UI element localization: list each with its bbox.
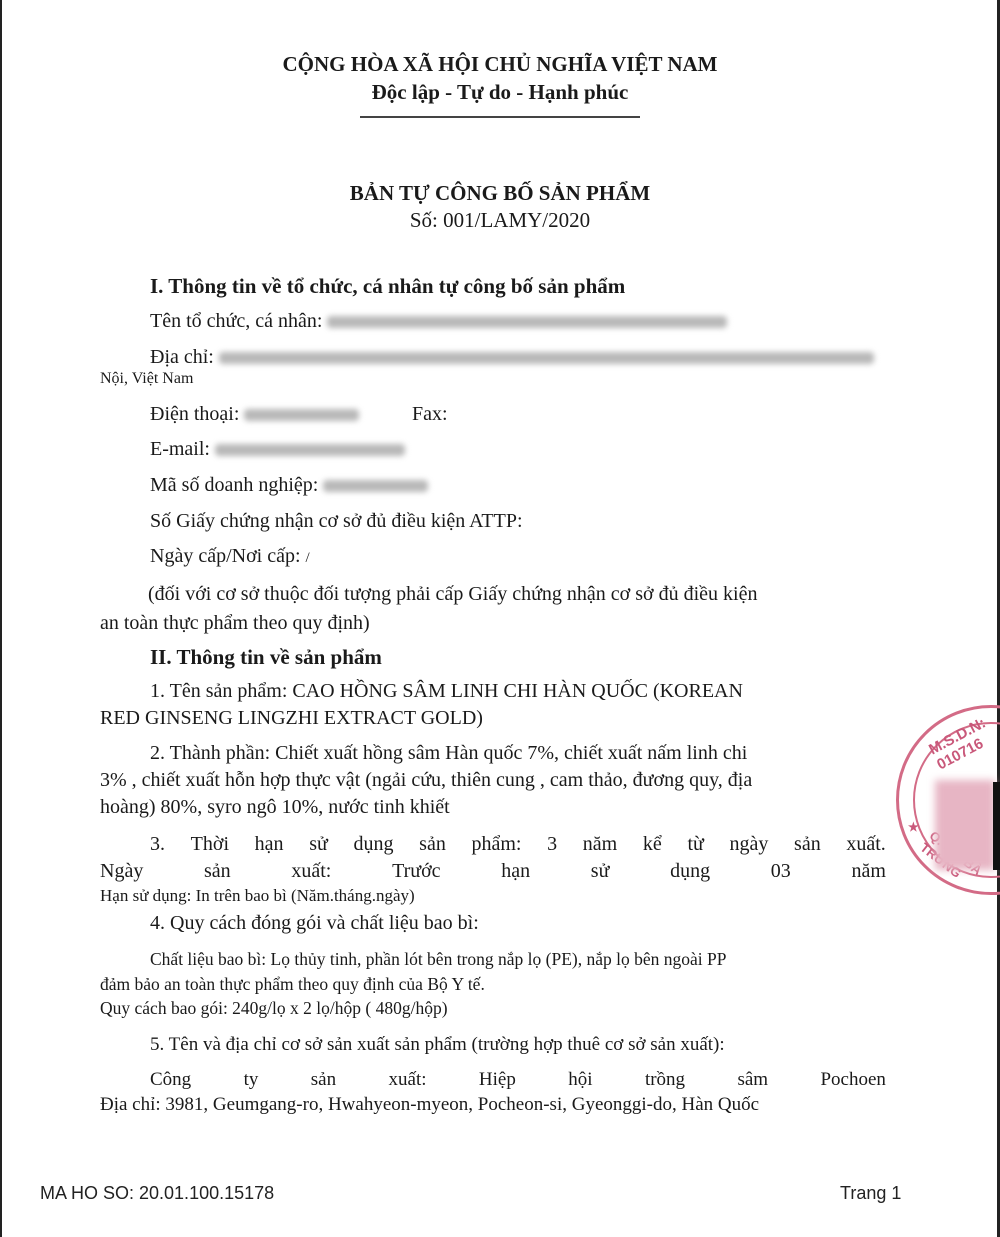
food-safety-cert-label: Số Giấy chứng nhận cơ sở đủ điều kiện AT… — [150, 510, 523, 533]
page-number: Trang 1 — [840, 1183, 901, 1204]
address-redacted — [219, 352, 874, 364]
ingredients-line-1: 2. Thành phần: Chiết xuất hồng sâm Hàn q… — [150, 742, 747, 765]
motto: Độc lập - Tự do - Hạnh phúc — [0, 80, 1000, 105]
word: năm — [851, 860, 885, 883]
word: sử — [591, 860, 610, 883]
section-1-heading: I. Thông tin về tổ chức, cá nhân tự công… — [150, 274, 625, 299]
business-code-row: Mã số doanh nghiệp: — [150, 474, 428, 497]
word: trồng — [645, 1069, 685, 1091]
word: sản — [311, 1069, 336, 1091]
note-line-2: an toàn thực phẩm theo quy định) — [100, 612, 370, 635]
word: 3. — [150, 833, 165, 856]
word: hạn — [501, 860, 530, 883]
product-name-line-1: 1. Tên sản phẩm: CAO HỒNG SÂM LINH CHI H… — [150, 680, 743, 703]
shelf-life-line-1: 3.Thờihạnsửdụngsảnphẩm:3nămkểtừngàysảnxu… — [150, 833, 886, 856]
packaging-spec-line: Quy cách bao gói: 240g/lọ x 2 lọ/hộp ( 4… — [100, 998, 448, 1019]
word: kể — [643, 833, 662, 856]
word: hội — [568, 1069, 592, 1091]
business-code-label: Mã số doanh nghiệp: — [150, 474, 318, 496]
word: ngày — [730, 833, 769, 856]
note-line-1: (đối với cơ sở thuộc đối tượng phải cấp … — [148, 583, 757, 606]
word: xuất: — [389, 1069, 427, 1091]
word: hạn — [255, 833, 284, 856]
word: dụng — [670, 860, 710, 883]
header-divider — [360, 116, 640, 118]
word: 3 — [547, 833, 557, 856]
address-continuation: Nội, Việt Nam — [100, 370, 193, 388]
word: sản — [794, 833, 821, 856]
section-2-heading: II. Thông tin về sản phẩm — [150, 645, 382, 670]
issue-value: / — [306, 550, 310, 566]
phone-row: Điện thoại: — [150, 403, 359, 426]
document-number: Số: 001/LAMY/2020 — [0, 208, 1000, 233]
word: Ngày — [100, 860, 143, 883]
word: phẩm: — [471, 833, 521, 856]
word: dụng — [354, 833, 394, 856]
email-row: E-mail: — [150, 438, 405, 461]
manufacturer-heading: 5. Tên và địa chỉ cơ sở sản xuất sản phẩ… — [150, 1034, 725, 1056]
packaging-material-line-1: Chất liệu bao bì: Lọ thủy tinh, phần lót… — [150, 949, 726, 970]
word: năm — [583, 833, 617, 856]
word: Thời — [191, 833, 229, 856]
word: Trước — [392, 860, 440, 883]
packaging-heading: 4. Quy cách đóng gói và chất liệu bao bì… — [150, 912, 479, 935]
phone-redacted — [244, 409, 359, 421]
fax-label: Fax: — [412, 403, 448, 426]
word: ty — [244, 1069, 259, 1091]
word: sử — [309, 833, 328, 856]
email-label: E-mail: — [150, 438, 210, 460]
issue-label: Ngày cấp/Nơi cấp: — [150, 545, 301, 567]
stamp-center-redacted — [935, 780, 995, 870]
org-name-label: Tên tổ chức, cá nhân: — [150, 310, 322, 332]
address-label: Địa chỉ: — [150, 346, 214, 368]
stamp-star-icon: ★ — [908, 820, 919, 834]
issue-row: Ngày cấp/Nơi cấp: / — [150, 545, 310, 568]
word: từ — [687, 833, 703, 856]
business-code-redacted — [323, 480, 428, 492]
word: xuất. — [846, 833, 885, 856]
expiry-line: Hạn sử dụng: In trên bao bì (Năm.tháng.n… — [100, 886, 415, 906]
word: sâm — [737, 1069, 768, 1091]
country-heading: CỘNG HÒA XÃ HỘI CHỦ NGHĨA VIỆT NAM — [0, 52, 1000, 77]
ingredients-line-2: 3% , chiết xuất hỗn hợp thực vật (ngải c… — [100, 769, 752, 792]
word: Hiệp — [479, 1069, 516, 1091]
manufacturer-name-line: Côngtysảnxuất:HiệphộitrồngsâmPochoen — [150, 1069, 886, 1091]
word: Pochoen — [820, 1069, 885, 1091]
address-row: Địa chỉ: — [150, 346, 874, 369]
word: 03 — [771, 860, 791, 883]
redaction-bar — [993, 782, 1000, 870]
packaging-material-line-2: đảm bảo an toàn thực phẩm theo quy định … — [100, 974, 485, 995]
word: sản — [419, 833, 446, 856]
org-name-row: Tên tổ chức, cá nhân: — [150, 310, 727, 333]
word: xuất: — [291, 860, 331, 883]
document-title: BẢN TỰ CÔNG BỐ SẢN PHẨM — [0, 181, 1000, 206]
email-redacted — [215, 444, 405, 456]
word: Công — [150, 1069, 191, 1091]
product-name-line-2: RED GINSENG LINGZHI EXTRACT GOLD) — [100, 707, 483, 730]
manufacturer-address-line: Địa chỉ: 3981, Geumgang-ro, Hwahyeon-mye… — [100, 1094, 759, 1116]
shelf-life-line-2: Ngàysảnxuất:Trướchạnsửdụng03năm — [100, 860, 886, 883]
org-name-redacted — [327, 316, 727, 328]
phone-label: Điện thoại: — [150, 403, 239, 425]
word: sản — [204, 860, 231, 883]
ingredients-line-3: hoàng) 80%, syro ngô 10%, nước tinh khiế… — [100, 796, 450, 819]
file-code: MA HO SO: 20.01.100.15178 — [40, 1183, 274, 1204]
